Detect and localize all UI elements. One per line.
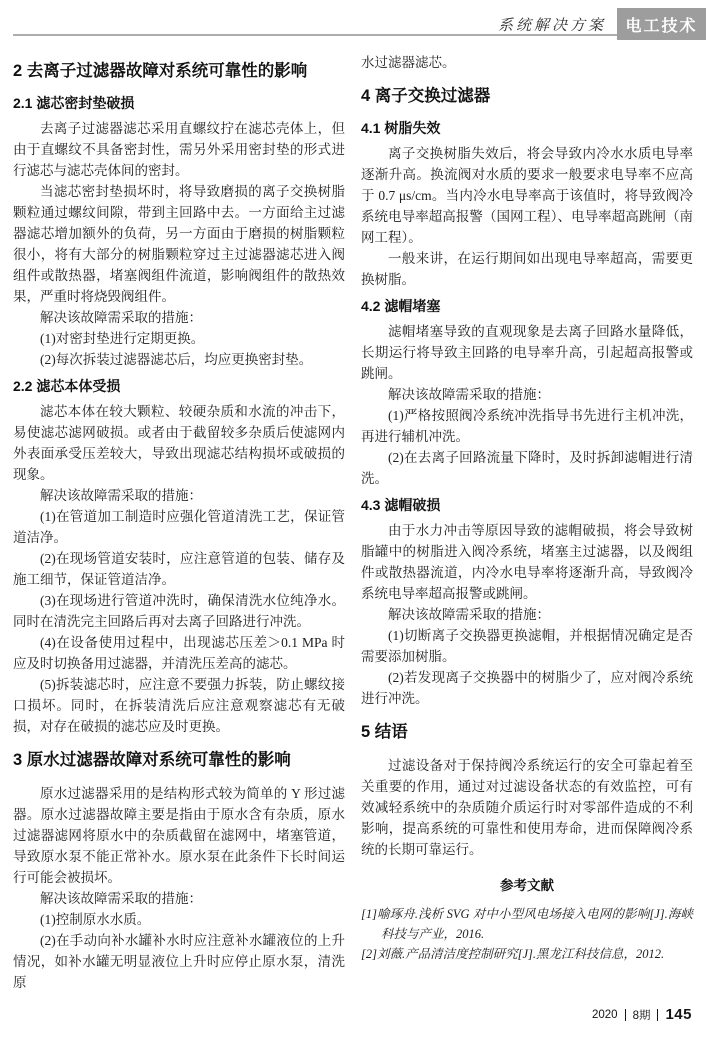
reference-item: [1]喻琢舟.浅析 SVG 对中小型风电场接入电网的影响[J].海峡科技与产业，… (361, 904, 693, 944)
left-column: 2 去离子过滤器故障对系统可靠性的影响2.1 滤芯密封垫破损去离子过滤器滤芯采用… (13, 52, 345, 993)
footer-separator (625, 1009, 626, 1021)
right-column: 水过滤器滤芯。4 离子交换过滤器4.1 树脂失效离子交换树脂失效后，将会导致内冷… (361, 52, 693, 993)
section-4-2-heading: 4.2 滤帽堵塞 (361, 297, 693, 316)
paragraph-continuation: 水过滤器滤芯。 (361, 52, 693, 73)
header-column-title: 系统解决方案 (498, 14, 606, 35)
section-3-heading: 3 原水过滤器故障对系统可靠性的影响 (13, 749, 345, 771)
footer-separator (657, 1009, 658, 1021)
paragraph: (2)每次拆装过滤器滤芯后，均应更换密封垫。 (13, 349, 345, 370)
paragraph: 滤芯本体在较大颗粒、较硬杂质和水流的冲击下，易使滤芯滤网破损。或者由于截留较多杂… (13, 401, 345, 485)
paragraph: 滤帽堵塞导致的直观现象是去离子回路水量降低，长期运行将导致主回路的电导率升高，引… (361, 321, 693, 384)
footer-issue: 8期 (633, 1007, 651, 1023)
paragraph: (1)切断离子交换器更换滤帽，并根据情况确定是否需要添加树脂。 (361, 625, 693, 667)
paragraph: 由于水力冲击等原因导致的滤帽破损，将会导致树脂罐中的树脂进入阀冷系统，堵塞主过滤… (361, 520, 693, 604)
section-4-3-heading: 4.3 滤帽破损 (361, 496, 693, 515)
header-rule (13, 34, 617, 36)
references-heading: 参考文献 (361, 874, 693, 894)
page-footer: 2020 8期 145 (592, 1006, 692, 1023)
paragraph: 解决该故障需采取的措施： (13, 485, 345, 506)
section-2-1-heading: 2.1 滤芯密封垫破损 (13, 94, 345, 113)
paragraph: (1)控制原水水质。 (13, 909, 345, 930)
section-4-heading: 4 离子交换过滤器 (361, 85, 693, 107)
section-5-heading: 5 结语 (361, 721, 693, 743)
paragraph: 解决该故障需采取的措施： (13, 888, 345, 909)
paragraph: (1)对密封垫进行定期更换。 (13, 328, 345, 349)
journal-badge: 电工技术 (617, 8, 706, 40)
journal-page: 系统解决方案 电工技术 2 去离子过滤器故障对系统可靠性的影响2.1 滤芯密封垫… (0, 0, 706, 1043)
paragraph: 原水过滤器采用的是结构形式较为简单的 Y 形过滤器。原水过滤器故障主要是指由于原… (13, 783, 345, 888)
paragraph: (2)在现场管道安装时，应注意管道的包装、储存及施工细节，保证管道洁净。 (13, 548, 345, 590)
paragraph: 一般来讲，在运行期间如出现电导率超高，需要更换树脂。 (361, 248, 693, 290)
footer-page-number: 145 (665, 1006, 692, 1023)
paragraph: (3)在现场进行管道冲洗时，确保清洗水位纯净水。同时在清洗完主回路后再对去离子回… (13, 590, 345, 632)
footer-year: 2020 (592, 1009, 618, 1021)
paragraph: 解决该故障需采取的措施： (361, 384, 693, 405)
paragraph: 解决该故障需采取的措施： (13, 307, 345, 328)
paragraph: (5)拆装滤芯时，应注意不要强力拆装，防止螺纹接口损坏。同时，在拆装清洗后应注意… (13, 674, 345, 737)
paragraph: 解决该故障需采取的措施： (361, 604, 693, 625)
section-2-2-heading: 2.2 滤芯本体受损 (13, 377, 345, 396)
paragraph: (1)在管道加工制造时应强化管道清洗工艺，保证管道洁净。 (13, 506, 345, 548)
paragraph: 过滤设备对于保持阀冷系统运行的安全可靠起着至关重要的作用，通过对过滤设备状态的有… (361, 755, 693, 860)
paragraph: (2)在去离子回路流量下降时，及时拆卸滤帽进行清洗。 (361, 447, 693, 489)
paragraph: 去离子过滤器滤芯采用直螺纹拧在滤芯壳体上，但由于直螺纹不具备密封性，需另外采用密… (13, 118, 345, 181)
article-content: 2 去离子过滤器故障对系统可靠性的影响2.1 滤芯密封垫破损去离子过滤器滤芯采用… (13, 52, 693, 993)
paragraph: (1)严格按照阀冷系统冲洗指导书先进行主机冲洗，再进行辅机冲洗。 (361, 405, 693, 447)
page-header: 系统解决方案 电工技术 (0, 0, 706, 42)
paragraph: 离子交换树脂失效后，将会导致内冷水水质电导率逐渐升高。换流阀对水质的要求一般要求… (361, 143, 693, 248)
section-2-heading: 2 去离子过滤器故障对系统可靠性的影响 (13, 60, 345, 82)
paragraph: (2)在手动向补水罐补水时应注意补水罐液位的上升情况，如补水罐无明显液位上升时应… (13, 930, 345, 993)
reference-item: [2]刘薇.产品清洁度控制研究[J].黑龙江科技信息，2012. (361, 944, 693, 964)
paragraph: (2)若发现离子交换器中的树脂少了，应对阀冷系统进行冲洗。 (361, 667, 693, 709)
paragraph: (4)在设备使用过程中，出现滤芯压差＞0.1 MPa 时应及时切换备用过滤器，并… (13, 632, 345, 674)
section-4-1-heading: 4.1 树脂失效 (361, 119, 693, 138)
paragraph: 当滤芯密封垫损坏时，将导致磨损的离子交换树脂颗粒通过螺纹间隙，带到主回路中去。一… (13, 181, 345, 307)
